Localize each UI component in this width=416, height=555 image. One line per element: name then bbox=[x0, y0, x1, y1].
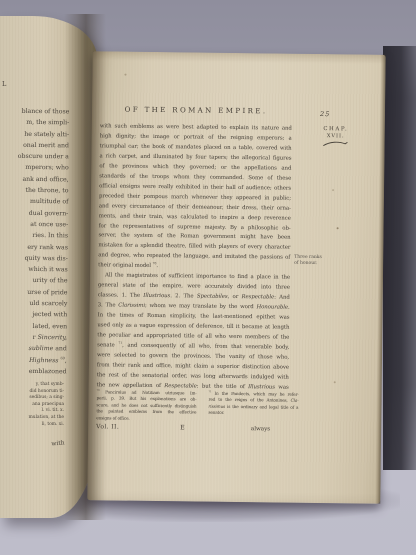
text-line: did honorum ti- bbox=[0, 389, 64, 396]
left-page-catchword: with bbox=[40, 438, 76, 448]
text-line: senator. bbox=[208, 410, 298, 418]
footer-volume: Vol. II. bbox=[96, 423, 119, 430]
text-line: dual govern- bbox=[0, 207, 68, 219]
text-line: he stately alti- bbox=[1, 128, 69, 140]
text-line: emblazoned bbox=[0, 365, 67, 377]
left-page: L blance of thosem, the simpli-he statel… bbox=[0, 16, 97, 518]
text-line: lated, even bbox=[0, 320, 67, 332]
chapter-label: CHAP. bbox=[318, 126, 354, 132]
text-line: sublime and bbox=[0, 343, 67, 355]
text-line: quity was dis- bbox=[0, 252, 68, 264]
chapter-heading: CHAP. XVII. bbox=[318, 126, 354, 147]
text-line: jected with bbox=[0, 309, 67, 321]
text-line: multitude of bbox=[0, 196, 68, 208]
left-page-footnote-fragments: y, that symb-did honorum ti-sedibus; a s… bbox=[0, 382, 67, 428]
left-page-header-fragment: L bbox=[2, 80, 6, 88]
footer-signature-mark: E bbox=[180, 424, 185, 431]
text-line: l. vi. tit. x. bbox=[0, 408, 64, 415]
text-line: mperors; who bbox=[1, 162, 69, 174]
text-line: obscure under a bbox=[1, 151, 69, 163]
text-line: y, that symb- bbox=[0, 382, 64, 389]
text-line: sedibus; a sing- bbox=[0, 395, 64, 402]
foxing-speck bbox=[337, 227, 339, 229]
left-page-text-fragments: blance of thosem, the simpli-he stately … bbox=[0, 106, 71, 378]
text-line: at once use- bbox=[0, 219, 68, 231]
running-header-title: OF THE ROMAN EMPIRE. bbox=[100, 105, 292, 115]
margin-note: Three ranksof honour. bbox=[294, 255, 352, 267]
text-line: uld scarcely bbox=[0, 298, 67, 310]
text-line: ery rank was bbox=[0, 241, 68, 253]
photo-of-open-book: { "scene": { "background_top": "#8f8e9d"… bbox=[0, 0, 416, 555]
foxing-speck bbox=[124, 74, 126, 76]
text-line: urse of pride bbox=[0, 286, 68, 298]
text-line: ana praecipua bbox=[0, 402, 64, 409]
page-number: 25 bbox=[320, 110, 330, 118]
text-line: urity of the bbox=[0, 275, 68, 287]
chapter-numeral: XVII. bbox=[318, 133, 354, 139]
text-line: ank and office, bbox=[1, 173, 69, 185]
foxing-speck bbox=[334, 381, 336, 383]
footer-catchword: always bbox=[236, 426, 270, 432]
text-line: blance of those bbox=[1, 106, 69, 118]
text-line: which it was bbox=[0, 264, 68, 276]
body-text: with such emblems as were best adapted t… bbox=[97, 122, 292, 393]
text-line: mulation, at the bbox=[0, 415, 64, 422]
text-line: ensigns of office. bbox=[96, 415, 196, 423]
text-line: the throne, to bbox=[0, 185, 68, 197]
text-line: m, the simpli- bbox=[1, 117, 69, 129]
foxing-speck bbox=[332, 189, 334, 191]
text-line: r Sincerity, bbox=[0, 332, 67, 344]
text-line: Highness 69, bbox=[0, 354, 67, 366]
text-line: onal merit and bbox=[1, 140, 69, 152]
text-line: ries. In this bbox=[0, 230, 68, 242]
chapter-flourish-icon bbox=[323, 140, 349, 147]
footnote-column-right: 71 In the Pandects, which may be refer-r… bbox=[208, 391, 298, 418]
backdrop-dark-band bbox=[383, 46, 416, 470]
text-line: of honour. bbox=[294, 261, 352, 268]
text-line: li, tom. xi. bbox=[0, 422, 64, 429]
footnote-column-left: 70 Pancirolus ad Notitiam utriusque Im-p… bbox=[96, 389, 196, 422]
right-page: OF THE ROMAN EMPIRE. 25 CHAP. XVII. with… bbox=[87, 51, 385, 504]
